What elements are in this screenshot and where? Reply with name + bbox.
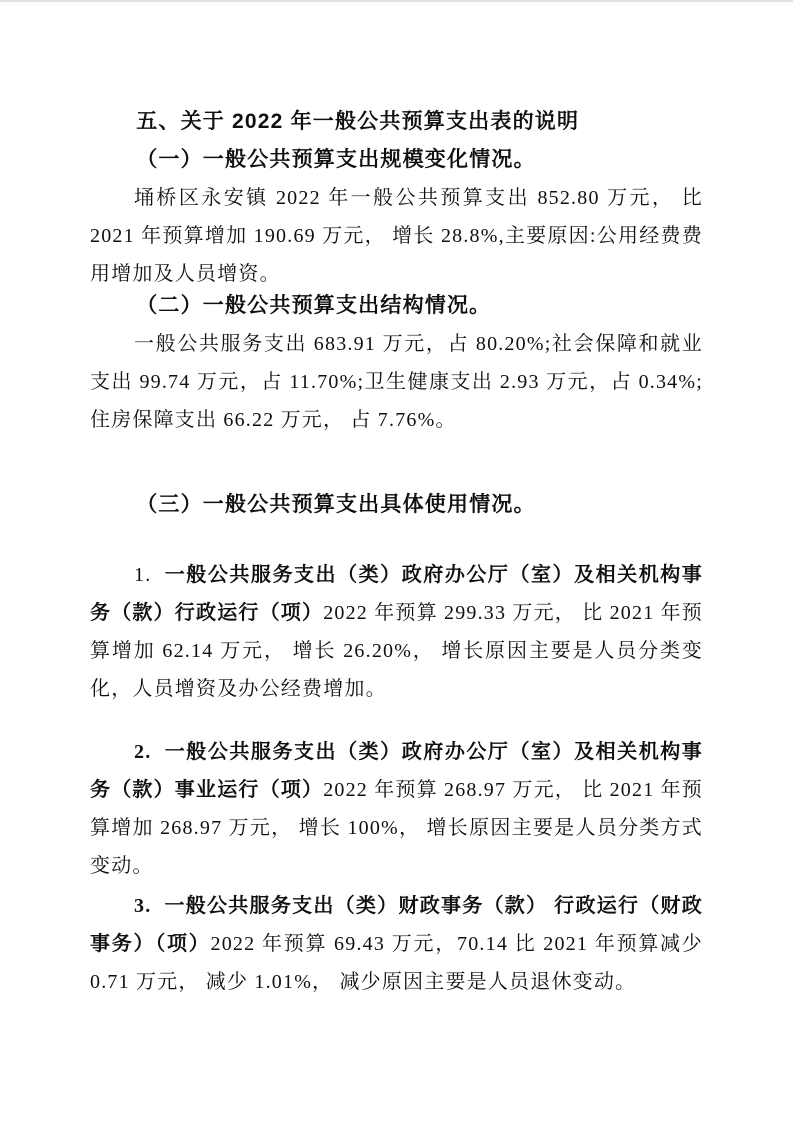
section1-heading: （一）一般公共预算支出规模变化情况。 (90, 141, 703, 179)
section2-heading: （二）一般公共预算支出结构情况。 (90, 287, 703, 325)
document-content: 五、关于 2022 年一般公共预算支出表的说明 （一）一般公共预算支出规模变化情… (0, 2, 793, 1001)
section1-paragraph: 埇桥区永安镇 2022 年一般公共预算支出 852.80 万元， 比 2021 … (90, 179, 703, 293)
section3-heading: （三）一般公共预算支出具体使用情况。 (90, 486, 703, 524)
item-3-number: 3. (134, 895, 164, 917)
expenditure-item-1: 1.一般公共服务支出（类）政府办公厅（室）及相关机构事务（款）行政运行（项）20… (90, 556, 703, 708)
section2-paragraph: 一般公共服务支出 683.91 万元，占 80.20%;社会保障和就业支出 99… (90, 325, 703, 439)
main-heading: 五、关于 2022 年一般公共预算支出表的说明 (90, 103, 703, 141)
expenditure-item-2: 2.一般公共服务支出（类）政府办公厅（室）及相关机构事务（款）事业运行（项）20… (90, 733, 703, 885)
document-page: 五、关于 2022 年一般公共预算支出表的说明 （一）一般公共预算支出规模变化情… (0, 0, 793, 1122)
item-2-number: 2. (134, 741, 164, 763)
item-1-number: 1. (134, 564, 164, 586)
expenditure-item-3: 3.一般公共服务支出（类）财政事务（款） 行政运行（财政事务）（项）2022 年… (90, 887, 703, 1001)
